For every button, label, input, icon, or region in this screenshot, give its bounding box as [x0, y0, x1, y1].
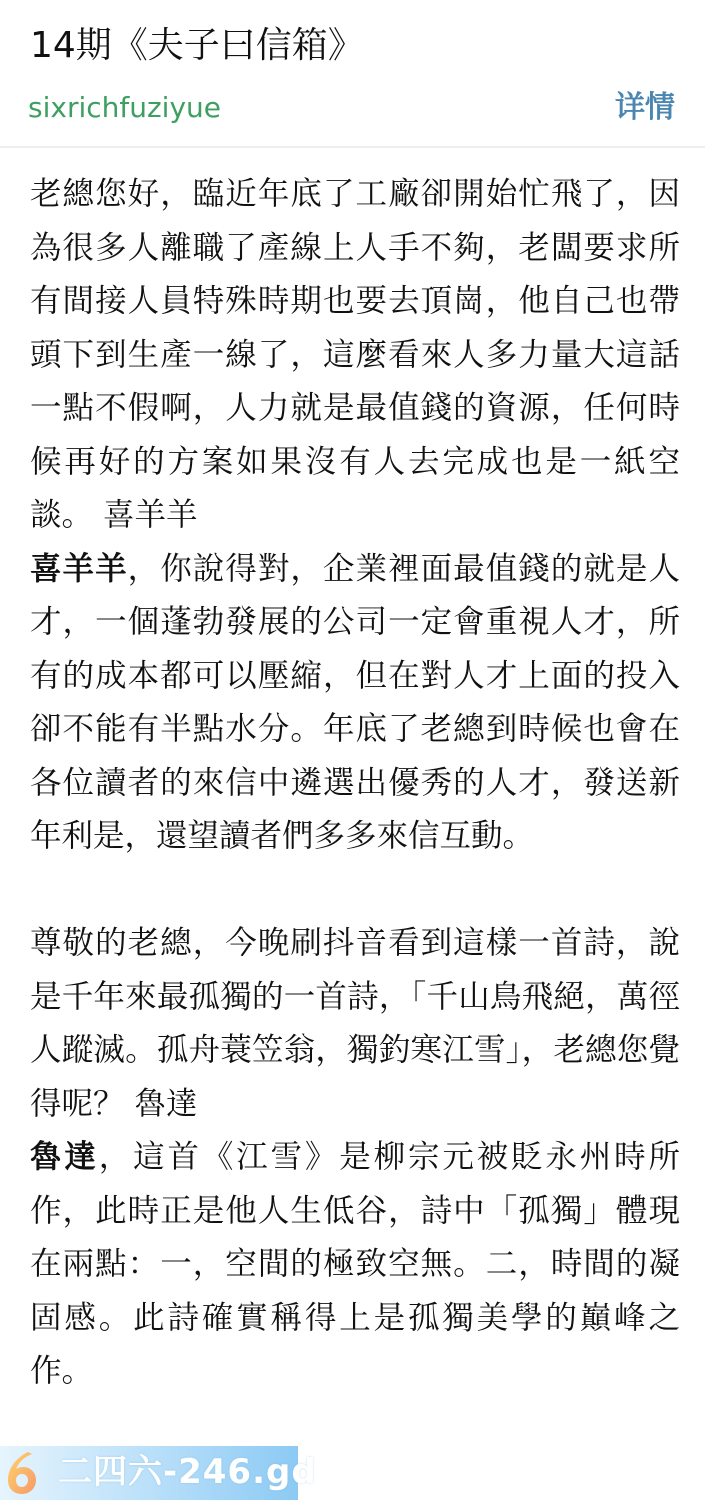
reply-recipient-name: 喜羊羊	[30, 551, 128, 587]
paragraph-spacer	[30, 864, 680, 918]
reply-text: ，這首《江雪》是柳宗元被貶永州時所作，此時正是他人生低谷，詩中「孤獨」體現在兩點…	[30, 1139, 680, 1389]
details-link[interactable]: 详情	[615, 89, 675, 127]
article-body: 老總您好，臨近年底了工廠卻開始忙飛了，因為很多人離職了產線上人手不夠，老闆要求所…	[30, 168, 680, 1500]
article-header: 14期《夫子曰信箱》 sixrichfuziyue 详情	[0, 0, 705, 148]
six-logo-icon	[2, 1450, 42, 1496]
reply-text: ，你說得對，企業裡面最值錢的就是人才，一個蓬勃發展的公司一定會重視人才，所有的成…	[30, 551, 680, 855]
letter-reply: 魯達，這首《江雪》是柳宗元被貶永州時所作，此時正是他人生低谷，詩中「孤獨」體現在…	[30, 1131, 680, 1399]
letter-question: 老總您好，臨近年底了工廠卻開始忙飛了，因為很多人離職了產線上人手不夠，老闆要求所…	[30, 168, 680, 543]
letter-question: 尊敬的老總，今晚刷抖音看到這樣一首詩，說是千年來最孤獨的一首詩，「千山鳥飛絕，萬…	[30, 917, 680, 1131]
article-title: 14期《夫子曰信箱》	[30, 22, 364, 70]
letter-reply: 喜羊羊，你說得對，企業裡面最值錢的就是人才，一個蓬勃發展的公司一定會重視人才，所…	[30, 543, 680, 864]
watermark-banner: 二四六-246.gd	[0, 1446, 298, 1500]
account-name-link[interactable]: sixrichfuziyue	[28, 90, 221, 126]
paragraph-spacer	[30, 1399, 680, 1453]
watermark-text: 二四六-246.gd	[58, 1450, 317, 1494]
reply-recipient-name: 魯達	[30, 1139, 99, 1175]
